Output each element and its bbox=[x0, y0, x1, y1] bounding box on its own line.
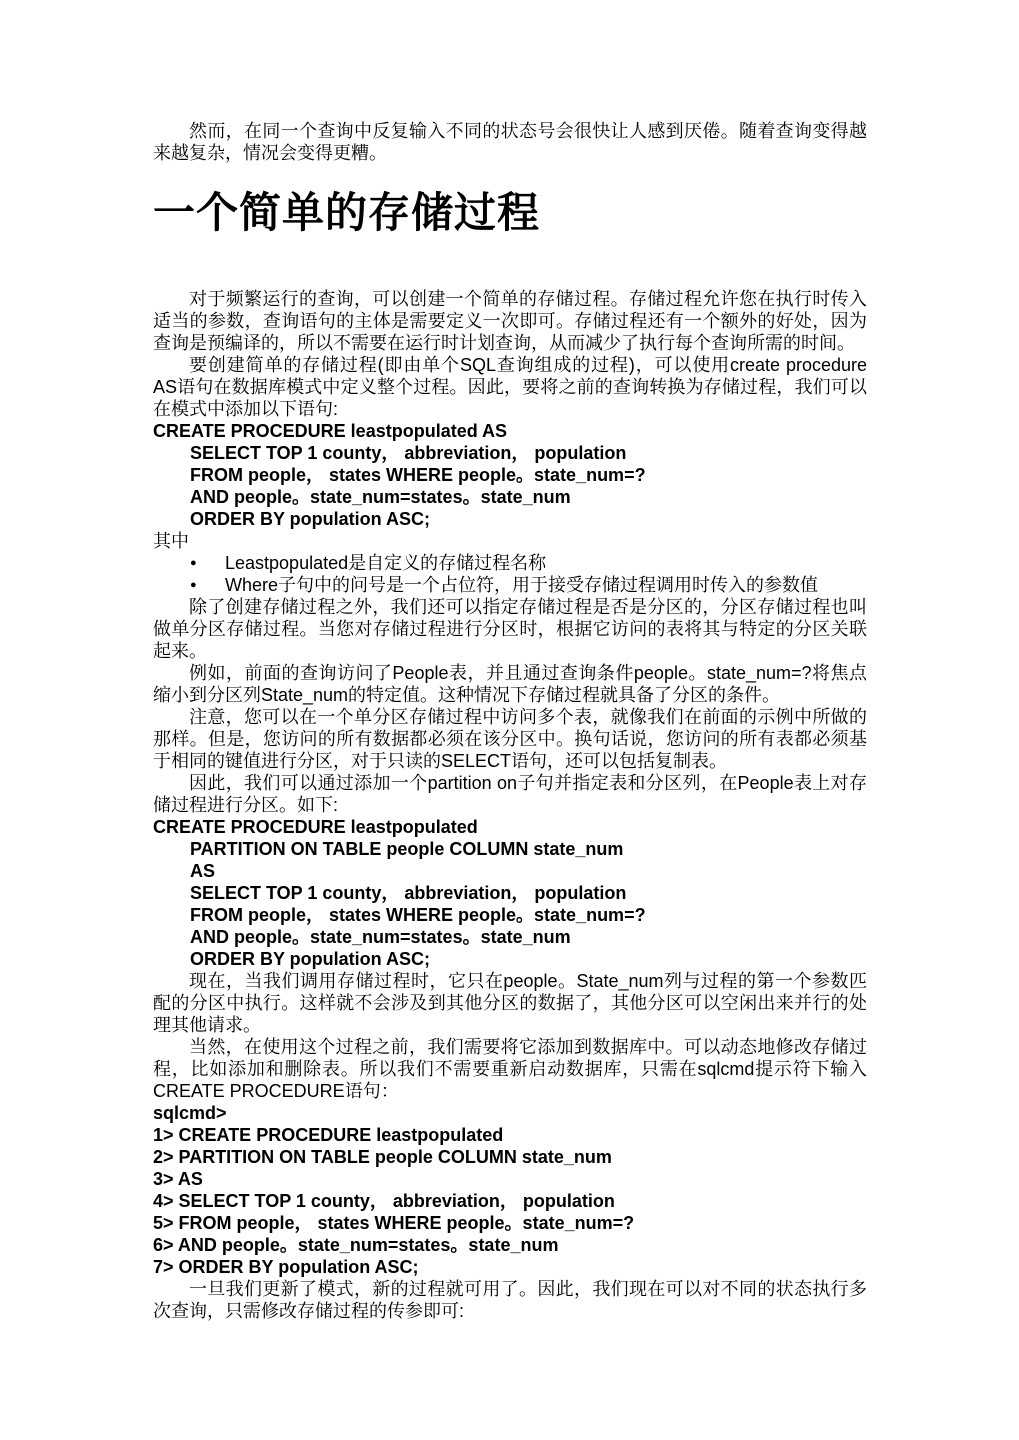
code-line: CREATE PROCEDURE leastpopulated bbox=[153, 816, 867, 838]
sqlcmd-line: 7> ORDER BY population ASC; bbox=[153, 1256, 867, 1278]
code-line: FROM people， states WHERE people。state_n… bbox=[153, 464, 867, 486]
sqlcmd-block: sqlcmd> 1> CREATE PROCEDURE leastpopulat… bbox=[153, 1102, 867, 1278]
bullet-icon: ● bbox=[190, 552, 225, 574]
intro-paragraph: 然而，在同一个查询中反复输入不同的状态号会很快让人感到厌倦。随着查询变得越来越复… bbox=[153, 120, 867, 164]
code-line: SELECT TOP 1 county， abbreviation， popul… bbox=[153, 882, 867, 904]
document-content: 然而，在同一个查询中反复输入不同的状态号会很快让人感到厌倦。随着查询变得越来越复… bbox=[153, 120, 867, 1322]
paragraph-example: 例如，前面的查询访问了People表，并且通过查询条件people。state_… bbox=[153, 662, 867, 706]
bullet-item: ● Where子句中的问号是一个占位符，用于接受存储过程调用时传入的参数值 bbox=[153, 574, 867, 596]
paragraph-therefore: 因此，我们可以通过添加一个partition on子句并指定表和分区列，在Peo… bbox=[153, 772, 867, 816]
bullet-item: ● Leastpopulated是自定义的存储过程名称 bbox=[153, 552, 867, 574]
code-line: AND people。state_num=states。state_num bbox=[153, 486, 867, 508]
bullet-item-text: Where子句中的问号是一个占位符，用于接受存储过程调用时传入的参数值 bbox=[225, 574, 867, 596]
bullet-item-text: Leastpopulated是自定义的存储过程名称 bbox=[225, 552, 867, 574]
sqlcmd-line: 1> CREATE PROCEDURE leastpopulated bbox=[153, 1124, 867, 1146]
code-line: SELECT TOP 1 county， abbreviation， popul… bbox=[153, 442, 867, 464]
among-label: 其中 bbox=[153, 530, 867, 552]
sqlcmd-prompt: sqlcmd> bbox=[153, 1102, 867, 1124]
paragraph-closing: 一旦我们更新了模式，新的过程就可用了。因此，我们现在可以对不同的状态执行多次查询… bbox=[153, 1278, 867, 1322]
paragraph-of-course: 当然，在使用这个过程之前，我们需要将它添加到数据库中。可以动态地修改存储过程，比… bbox=[153, 1036, 867, 1102]
paragraph-note: 注意，您可以在一个单分区存储过程中访问多个表，就像我们在前面的示例中所做的那样。… bbox=[153, 706, 867, 772]
code-line: FROM people， states WHERE people。state_n… bbox=[153, 904, 867, 926]
sqlcmd-line: 2> PARTITION ON TABLE people COLUMN stat… bbox=[153, 1146, 867, 1168]
code-line: ORDER BY population ASC; bbox=[153, 948, 867, 970]
bullet-icon: ● bbox=[190, 574, 225, 596]
sqlcmd-line: 4> SELECT TOP 1 county， abbreviation， po… bbox=[153, 1190, 867, 1212]
bullet-list: ● Leastpopulated是自定义的存储过程名称 ● Where子句中的问… bbox=[153, 552, 867, 596]
sqlcmd-line: 3> AS bbox=[153, 1168, 867, 1190]
paragraph-create-intro: 要创建简单的存储过程(即由单个SQL查询组成的过程)，可以使用create pr… bbox=[153, 354, 867, 420]
code-line: AS bbox=[153, 860, 867, 882]
sqlcmd-line: 5> FROM people， states WHERE people。stat… bbox=[153, 1212, 867, 1234]
code-line: ORDER BY population ASC; bbox=[153, 508, 867, 530]
code-block-2: CREATE PROCEDURE leastpopulated PARTITIO… bbox=[153, 816, 867, 970]
code-block-1: CREATE PROCEDURE leastpopulated AS SELEC… bbox=[153, 420, 867, 530]
paragraph-overview: 对于频繁运行的查询，可以创建一个简单的存储过程。存储过程允许您在执行时传入适当的… bbox=[153, 288, 867, 354]
document-page: 然而，在同一个查询中反复输入不同的状态号会很快让人感到厌倦。随着查询变得越来越复… bbox=[0, 0, 1019, 1440]
page-heading: 一个简单的存储过程 bbox=[153, 190, 867, 236]
code-line: CREATE PROCEDURE leastpopulated AS bbox=[153, 420, 867, 442]
code-line: PARTITION ON TABLE people COLUMN state_n… bbox=[153, 838, 867, 860]
paragraph-partition-info: 除了创建存储过程之外，我们还可以指定存储过程是否是分区的，分区存储过程也叫做单分… bbox=[153, 596, 867, 662]
code-line: AND people。state_num=states。state_num bbox=[153, 926, 867, 948]
sqlcmd-line: 6> AND people。state_num=states。state_num bbox=[153, 1234, 867, 1256]
paragraph-now: 现在，当我们调用存储过程时，它只在people。State_num列与过程的第一… bbox=[153, 970, 867, 1036]
